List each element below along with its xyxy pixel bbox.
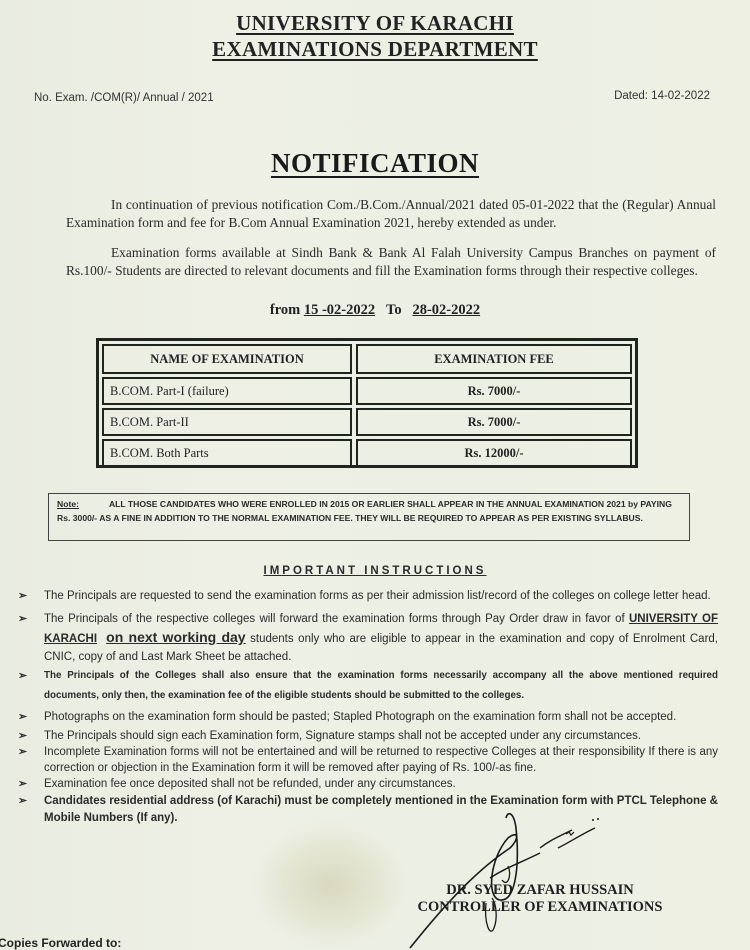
paper-shadow <box>250 820 410 950</box>
reference-number: No. Exam. /COM(R)/ Annual / 2021 <box>34 92 214 104</box>
table-header-row: NAME OF EXAMINATION EXAMINATION FEE <box>102 344 632 374</box>
exam-fee-cell: Rs. 7000/- <box>356 377 632 405</box>
list-item: ➢ The Principals of the respective colle… <box>18 610 718 666</box>
list-item: ➢ Examination fee once deposited shall n… <box>18 776 718 793</box>
issue-date: Dated: 14-02-2022 <box>614 90 710 102</box>
note-text: ALL THOSE CANDIDATES WHO WERE ENROLLED I… <box>57 499 672 523</box>
list-item: ➢ Incomplete Examination forms will not … <box>18 744 718 776</box>
arrowhead-bullet-icon: ➢ <box>18 728 27 744</box>
column-header-exam-name: NAME OF EXAMINATION <box>102 344 352 374</box>
signatory-designation: CONTROLLER OF EXAMINATIONS <box>390 899 690 916</box>
letterhead: UNIVERSITY OF KARACHI EXAMINATIONS DEPAR… <box>0 10 750 62</box>
column-header-fee: EXAMINATION FEE <box>356 344 632 374</box>
list-item: ➢ The Principals of the Colleges shall a… <box>18 666 718 706</box>
instructions-list: ➢ The Principals are requested to send t… <box>18 586 718 827</box>
date-range: from 15 -02-2022 To 28-02-2022 <box>0 302 750 319</box>
list-item: ➢ Photographs on the examination form sh… <box>18 709 718 726</box>
arrowhead-bullet-icon: ➢ <box>18 744 27 760</box>
fee-table: NAME OF EXAMINATION EXAMINATION FEE B.CO… <box>96 338 638 468</box>
exam-name-cell: B.COM. Part-I (failure) <box>102 377 352 405</box>
university-name: UNIVERSITY OF KARACHI <box>236 11 514 35</box>
list-item: ➢ The Principals should sign each Examin… <box>18 728 718 744</box>
table-row: B.COM. Both Parts Rs. 12000/- <box>102 439 632 467</box>
copies-forwarded-label: Copies Forwarded to: <box>0 936 121 950</box>
start-date: 15 -02-2022 <box>304 302 375 318</box>
arrowhead-bullet-icon: ➢ <box>18 586 27 607</box>
note-box: Note:ALL THOSE CANDIDATES WHO WERE ENROL… <box>48 493 690 541</box>
end-date: 28-02-2022 <box>412 302 480 318</box>
arrowhead-bullet-icon: ➢ <box>18 776 27 793</box>
page-title: NOTIFICATION <box>0 148 750 179</box>
arrowhead-bullet-icon: ➢ <box>18 666 27 686</box>
signatory-name: DR. SYED ZAFAR HUSSAIN <box>390 882 690 899</box>
exam-fee-cell: Rs. 7000/- <box>356 408 632 436</box>
exam-fee-cell: Rs. 12000/- <box>356 439 632 467</box>
list-item: ➢ The Principals are requested to send t… <box>18 586 718 607</box>
arrowhead-bullet-icon: ➢ <box>18 610 27 628</box>
department-name: EXAMINATIONS DEPARTMENT <box>212 37 538 61</box>
paragraph-continuation: In continuation of previous notification… <box>66 196 716 231</box>
table-row: B.COM. Part-I (failure) Rs. 7000/- <box>102 377 632 405</box>
signature-icon <box>390 808 630 950</box>
table-row: B.COM. Part-II Rs. 7000/- <box>102 408 632 436</box>
exam-name-cell: B.COM. Both Parts <box>102 439 352 467</box>
arrowhead-bullet-icon: ➢ <box>18 709 27 726</box>
exam-name-cell: B.COM. Part-II <box>102 408 352 436</box>
signatory-block: DR. SYED ZAFAR HUSSAIN CONTROLLER OF EXA… <box>390 882 690 916</box>
arrowhead-bullet-icon: ➢ <box>18 793 27 810</box>
note-label: Note: <box>57 499 79 509</box>
instructions-heading: IMPORTANT INSTRUCTIONS <box>0 565 750 577</box>
paragraph-forms-availability: Examination forms available at Sindh Ban… <box>66 244 716 279</box>
deadline-emphasis: on next working day <box>106 629 245 645</box>
notification-document: UNIVERSITY OF KARACHI EXAMINATIONS DEPAR… <box>0 0 750 950</box>
